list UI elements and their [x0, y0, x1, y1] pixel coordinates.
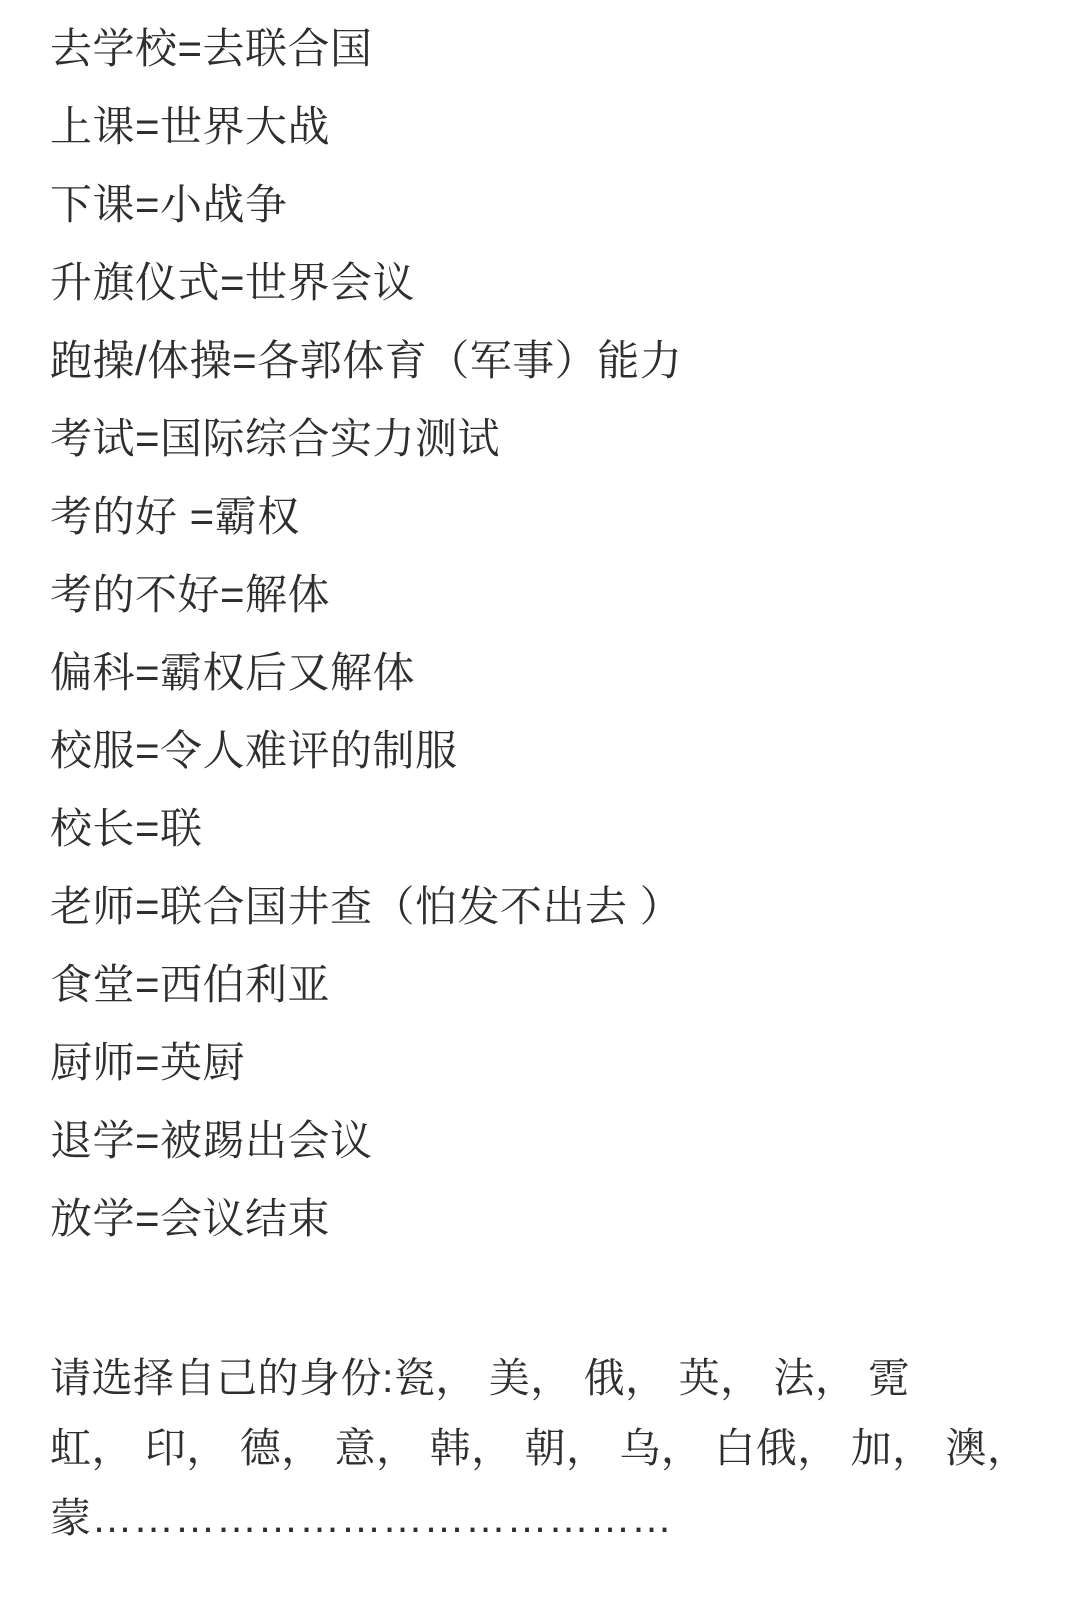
glossary-line: 升旗仪式=世界会议 — [50, 244, 1050, 322]
glossary-line: 厨师=英厨 — [50, 1024, 1050, 1102]
glossary-line: 考的不好=解体 — [50, 556, 1050, 634]
glossary-line: 去学校=去联合国 — [50, 10, 1050, 88]
glossary-line: 偏科=霸权后又解体 — [50, 634, 1050, 712]
glossary-line: 考的好 =霸权 — [50, 478, 1050, 556]
glossary-line: 考试=国际综合实力测试 — [50, 400, 1050, 478]
glossary-line: 退学=被踢出会议 — [50, 1102, 1050, 1180]
identity-prompt: 请选择自己的身份:瓷， 美， 俄， 英， 法， 霓 虹， 印， 德， 意， 韩，… — [50, 1343, 1050, 1553]
glossary-line: 放学=会议结束 — [50, 1180, 1050, 1258]
document-page: 去学校=去联合国 上课=世界大战 下课=小战争 升旗仪式=世界会议 跑操/体操=… — [0, 0, 1080, 1615]
identity-prompt-line: 请选择自己的身份:瓷， 美， 俄， 英， 法， 霓 — [50, 1343, 1050, 1413]
glossary-line: 食堂=西伯利亚 — [50, 946, 1050, 1024]
identity-prompt-line: 蒙…………………………………… — [50, 1483, 1050, 1553]
identity-prompt-line: 虹， 印， 德， 意， 韩， 朝， 乌， 白俄， 加， 澳， — [50, 1413, 1050, 1483]
glossary-line: 跑操/体操=各郭体育（军事）能力 — [50, 322, 1050, 400]
glossary-line: 校服=令人难评的制服 — [50, 712, 1050, 790]
glossary-line: 上课=世界大战 — [50, 88, 1050, 166]
glossary-line: 校长=联 — [50, 790, 1050, 868]
glossary-line: 老师=联合国井查（怕发不出去 ） — [50, 868, 1050, 946]
glossary-list: 去学校=去联合国 上课=世界大战 下课=小战争 升旗仪式=世界会议 跑操/体操=… — [50, 10, 1050, 1258]
glossary-line: 下课=小战争 — [50, 166, 1050, 244]
